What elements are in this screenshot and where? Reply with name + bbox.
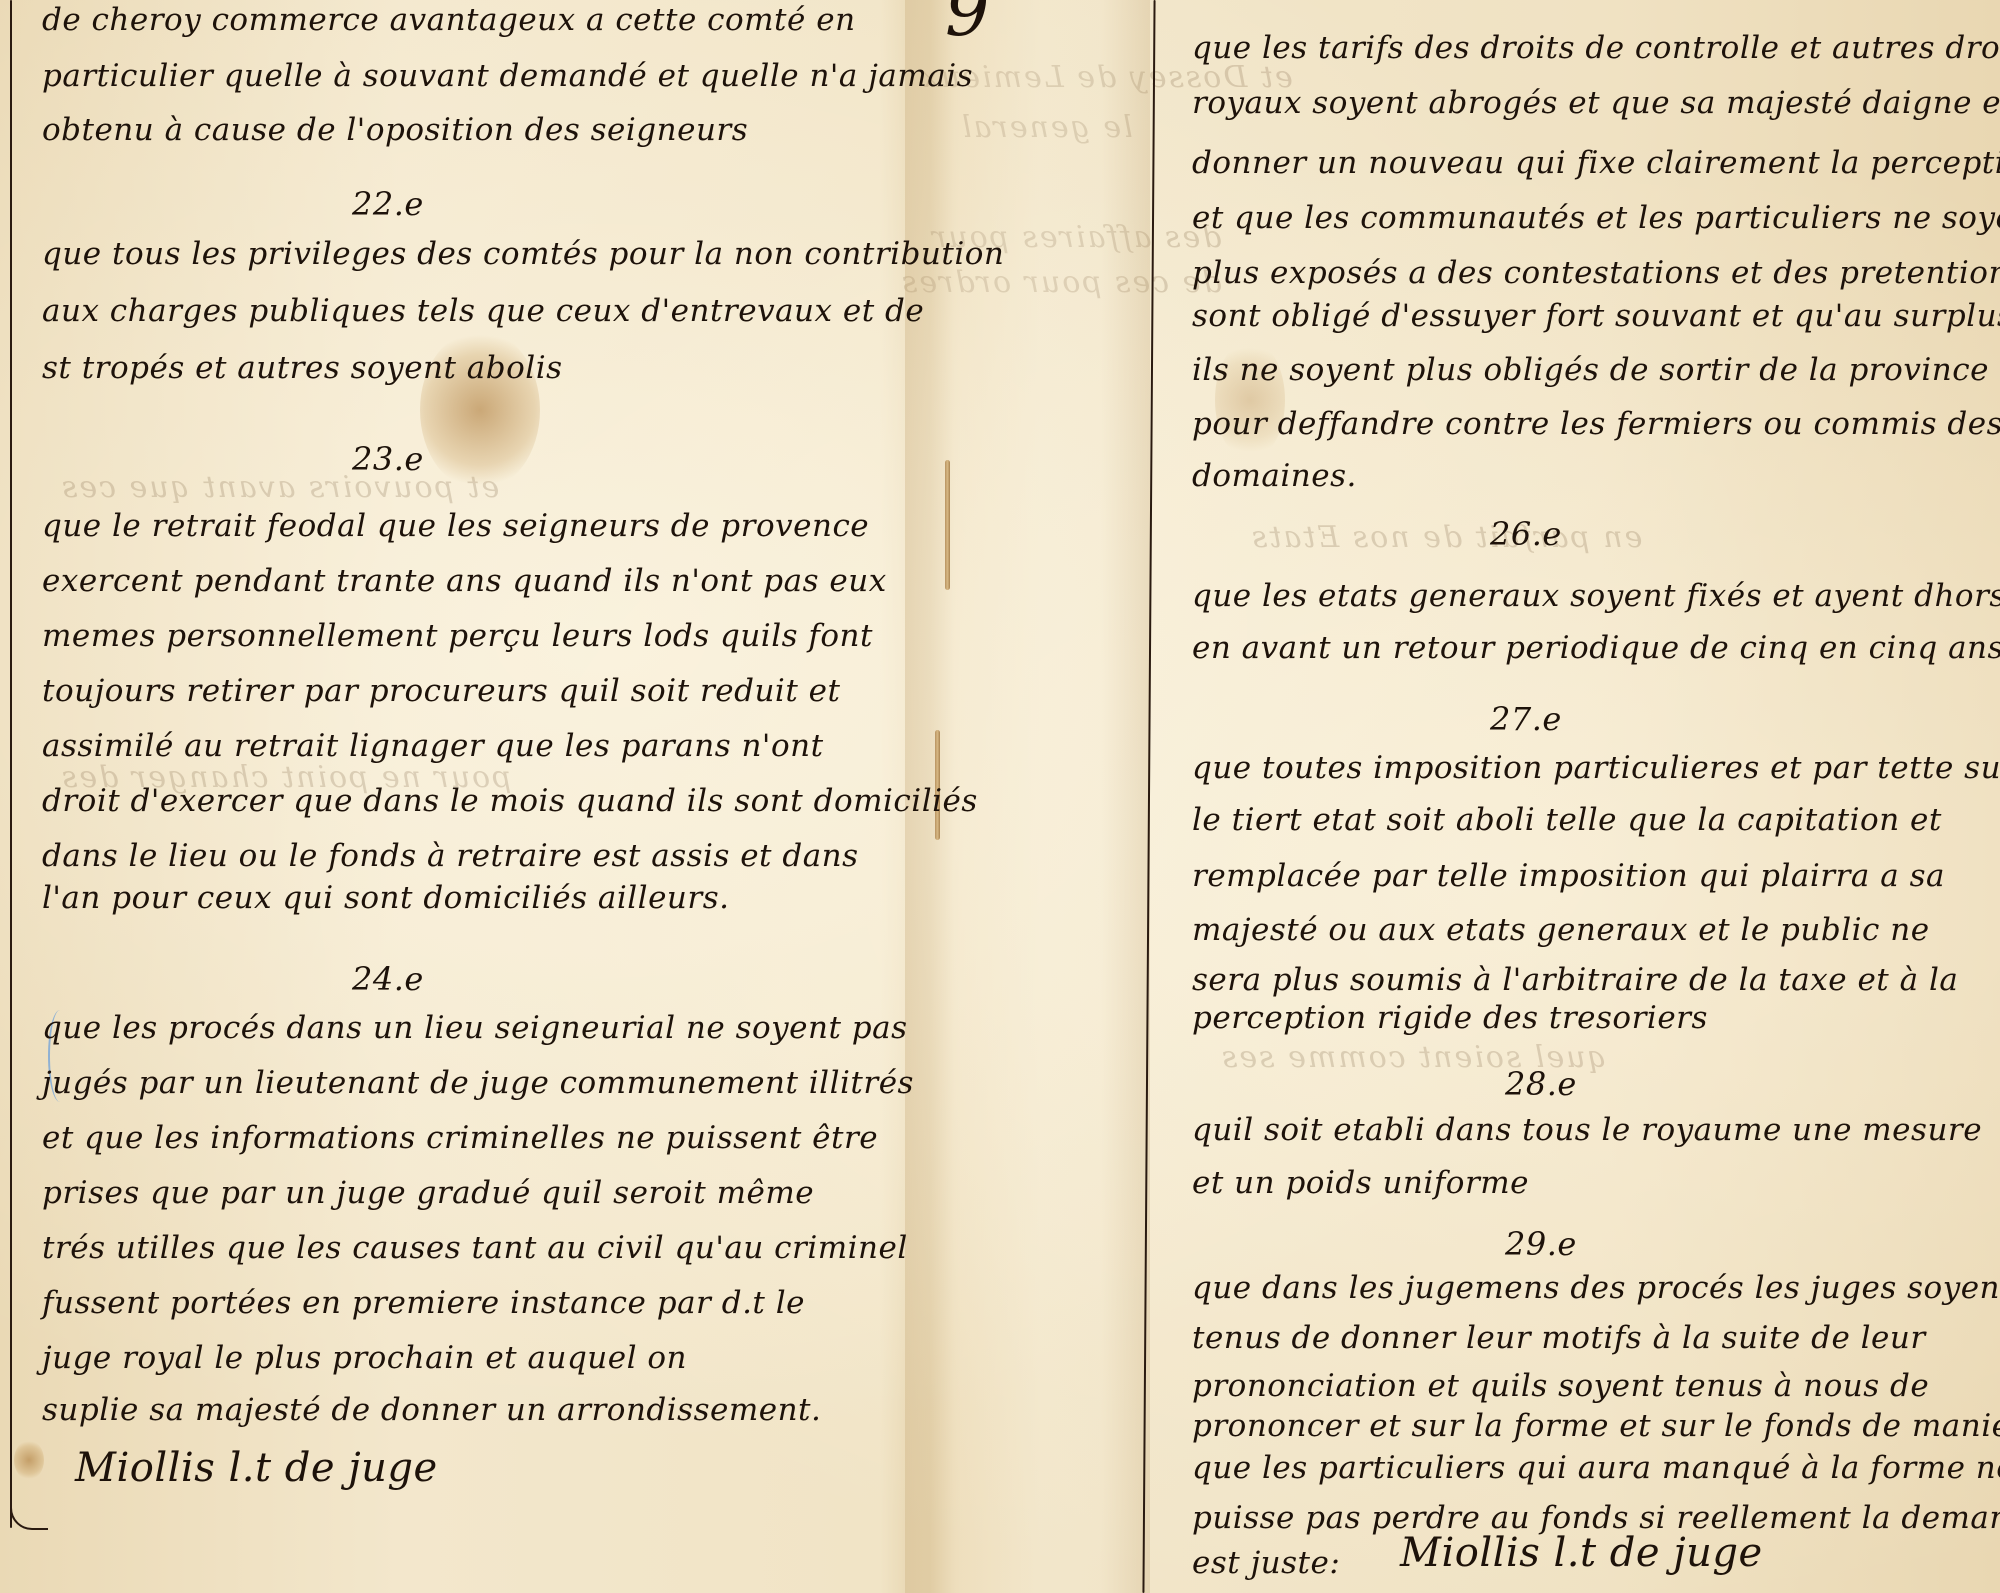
text-line: en avant un retour periodique de cinq en… [1192,630,2000,666]
text-line: royaux soyent abrogés et que sa majesté … [1192,85,2000,121]
text-line: sont obligé d'essuyer fort souvant et qu… [1192,298,2000,334]
text-line: et que les communautés et les particulie… [1192,200,2000,236]
article-number: 23.e [352,440,424,478]
binding-thread [945,460,950,590]
text-line: sera plus soumis à l'arbitraire de la ta… [1192,962,1958,998]
text-line: que les procés dans un lieu seigneurial … [42,1010,908,1046]
text-line: que tous les privileges des comtés pour … [42,236,1004,272]
manuscript-spread: et Dossey de Lemieux le general des affa… [0,0,2000,1593]
text-line: majesté ou aux etats generaux et le publ… [1192,912,1930,948]
text-line: particulier quelle à souvant demandé et … [42,58,973,94]
article-number: 27.e [1490,700,1562,738]
text-line: quil soit etabli dans tous le royaume un… [1192,1112,1982,1148]
text-line: assimilé au retrait lignager que les par… [42,728,824,764]
text-line: l'an pour ceux qui sont domiciliés aille… [42,880,729,916]
text-line: tenus de donner leur motifs à la suite d… [1192,1320,1926,1356]
text-line: et un poids uniforme [1192,1165,1529,1201]
text-line: prononcer et sur la forme et sur le fond… [1192,1408,2000,1444]
article-number: 22.e [352,185,424,223]
text-line: trés utilles que les causes tant au civi… [42,1230,908,1266]
text-line: perception rigide des tresoriers [1192,1000,1708,1036]
text-line: st tropés et autres soyent abolis [42,350,563,386]
page-number-mark: 9 [945,0,990,52]
text-line: juge royal le plus prochain et auquel on [42,1340,687,1376]
article-number: 28.e [1505,1065,1577,1103]
text-line: jugés par un lieutenant de juge communem… [42,1065,914,1101]
signature: Miollis l.t de juge [1400,1530,1763,1576]
text-line: que le retrait feodal que les seigneurs … [42,508,869,544]
text-line: ils ne soyent plus obligés de sortir de … [1192,352,1989,388]
text-line: remplacée par telle imposition qui plair… [1192,858,1945,894]
right-page: que les tarifs des droits de controlle e… [1150,0,2000,1593]
text-line: domaines. [1192,458,1357,494]
text-line: de cheroy commerce avantageux a cette co… [42,2,856,38]
text-line: que les tarifs des droits de controlle e… [1192,30,2000,66]
article-number: 24.e [352,960,424,998]
text-line: pour deffandre contre les fermiers ou co… [1192,406,2000,442]
signature: Miollis l.t de juge [75,1445,438,1491]
article-number: 29.e [1505,1225,1577,1263]
text-line: le tiert etat soit aboli telle que la ca… [1192,802,1942,838]
text-line: obtenu à cause de l'oposition des seigne… [42,112,748,148]
text-line: memes personnellement perçu leurs lods q… [42,618,873,654]
text-line: que les etats generaux soyent fixés et a… [1192,578,2000,614]
text-line: prononciation et quils soyent tenus à no… [1192,1368,1929,1404]
text-line: aux charges publiques tels que ceux d'en… [42,293,924,329]
text-line: fussent portées en premiere instance par… [42,1285,805,1321]
text-line: que les particuliers qui aura manqué à l… [1192,1450,2000,1486]
text-line: et que les informations criminelles ne p… [42,1120,878,1156]
text-line: suplie sa majesté de donner un arrondiss… [42,1392,821,1428]
text-line: toujours retirer par procureurs quil soi… [42,673,840,709]
text-line: est juste: [1192,1545,1340,1581]
text-line: que toutes imposition particulieres et p… [1192,750,2000,786]
article-number: 26.e [1490,515,1562,553]
text-line: prises que par un juge gradué quil seroi… [42,1175,814,1211]
text-line: exercent pendant trante ans quand ils n'… [42,563,887,599]
text-line: que dans les jugemens des procés les jug… [1192,1270,2000,1306]
text-line: donner un nouveau qui fixe clairement la… [1192,145,2000,181]
text-line: plus exposés a des contestations et des … [1192,255,2000,291]
text-line: droit d'exercer que dans le mois quand i… [42,783,978,819]
text-line: dans le lieu ou le fonds à retraire est … [42,838,859,874]
left-page: de cheroy commerce avantageux a cette co… [0,0,905,1593]
